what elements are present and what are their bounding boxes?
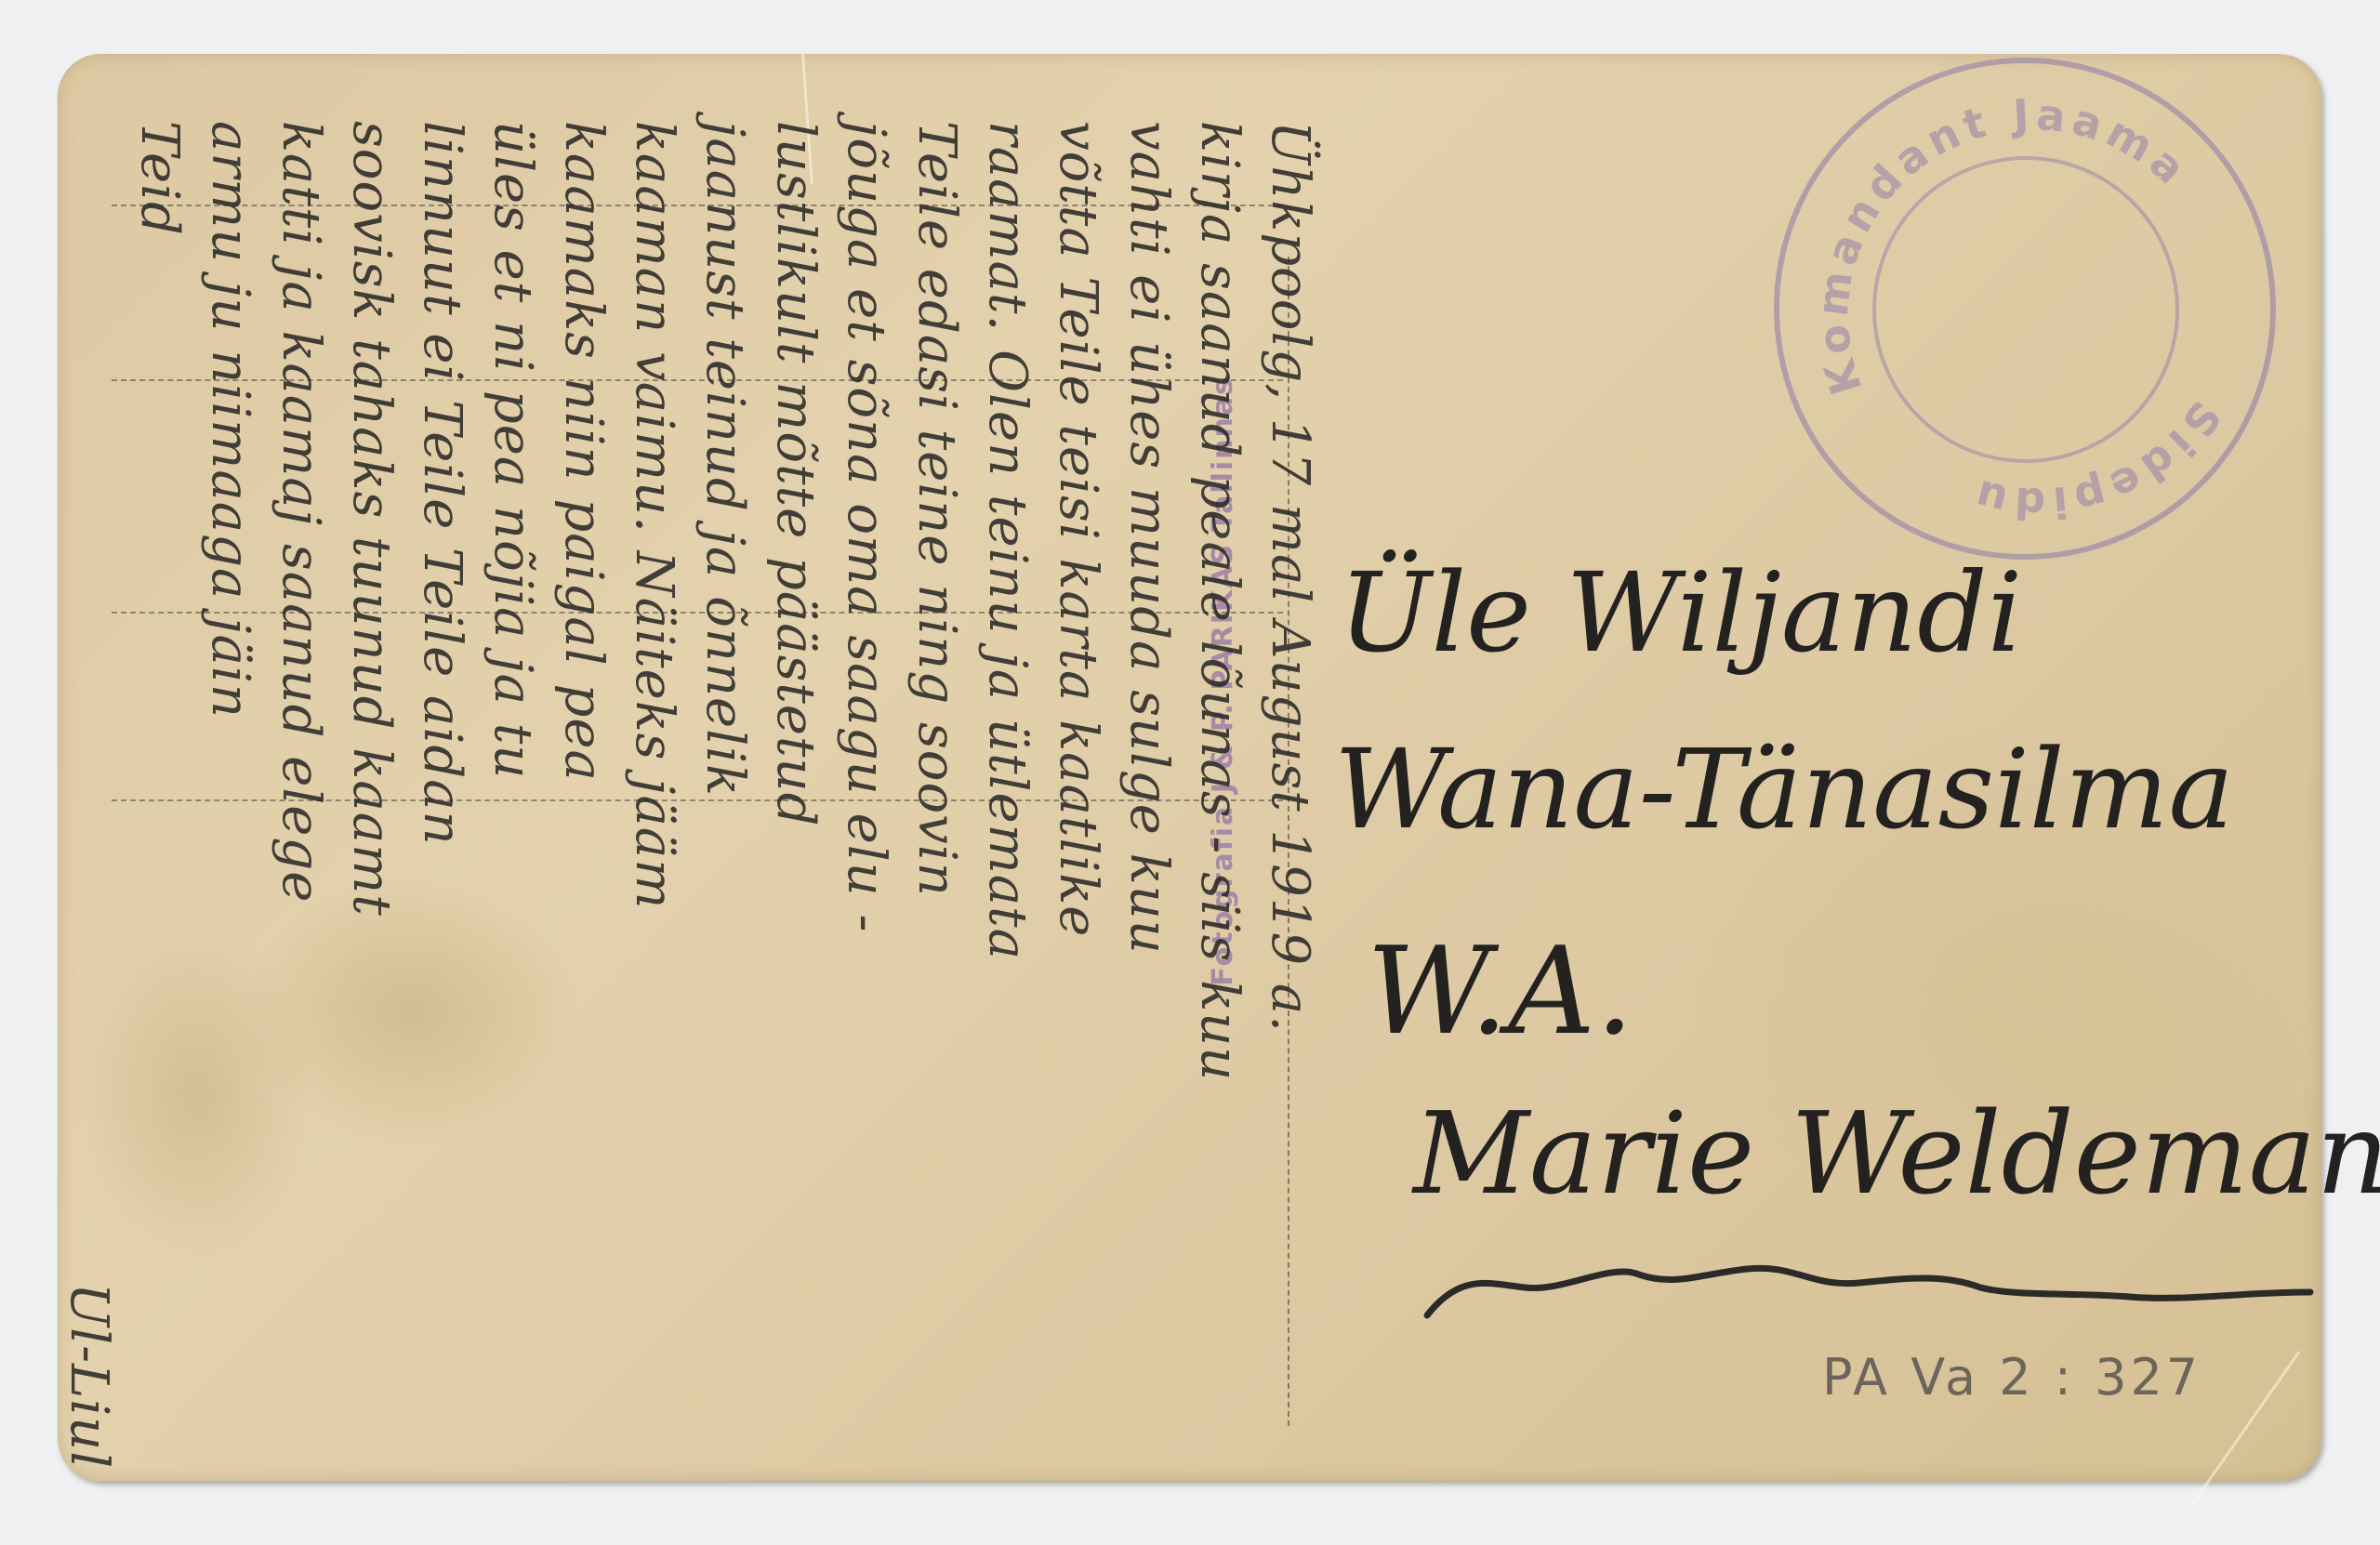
message-line: raamat. Olen teinu ja ütlemata bbox=[977, 121, 1038, 960]
message-line: üles et ni pea nõjia ja tu bbox=[483, 121, 543, 779]
message-line: Teile edasi teine ning soovin bbox=[906, 121, 967, 897]
message-line: armu ju niimaaga jäin bbox=[200, 121, 260, 719]
message-line: võtta Teile teisi karta kaatlike bbox=[1048, 121, 1108, 937]
message-line: Ühkpoolg, 17 mal August 1919 a. bbox=[1260, 121, 1320, 1033]
svg-text:Komandant Jaama: Komandant Jaama bbox=[1806, 89, 2199, 401]
underline-squiggle bbox=[1422, 1255, 2315, 1329]
message-line: linnuut ei Teile Teile aidan bbox=[412, 121, 472, 846]
message-line: vahti ei ühes muuda sulge kuu bbox=[1118, 121, 1179, 955]
message-line: lustlikult mõtte päästetud bbox=[765, 121, 826, 826]
address-line-1: Üle Wiljandi bbox=[1339, 548, 2022, 677]
paper-crease bbox=[2191, 1351, 2300, 1505]
archive-reference: PA Va 2 : 327 bbox=[1822, 1348, 2201, 1406]
message-line: katti ja kaamaj saanud elege bbox=[271, 121, 331, 903]
message-line: soovisk tahaks tuunud kaamt bbox=[341, 121, 402, 917]
message-line: jõuga et sõna oma saagu elu - bbox=[836, 121, 896, 932]
postmark-lettering: Komandant Jaama Sidepidu bbox=[1779, 63, 2281, 565]
message-line: kirja saanud peale lõunas - siis kuu bbox=[1189, 121, 1249, 1081]
message-line: kaaman vaimu. Näiteks jääm bbox=[624, 121, 684, 909]
message-line: kaamaks niin paigal pea bbox=[553, 121, 614, 782]
postmark-stamp: Komandant Jaama Sidepidu bbox=[1774, 58, 2276, 560]
address-line-3: W.A. bbox=[1367, 920, 1633, 1062]
message-line: jaanust teinud ja õnnelik bbox=[694, 121, 755, 797]
svg-text:Sidepidu: Sidepidu bbox=[1965, 392, 2231, 529]
message-line: Ul-Liul bbox=[59, 1283, 119, 1469]
address-recipient: Marie Weldemann bbox=[1413, 1088, 2380, 1220]
message-line: Teid bbox=[129, 121, 190, 236]
address-line-2: Wana-Tänasilma bbox=[1334, 725, 2234, 853]
